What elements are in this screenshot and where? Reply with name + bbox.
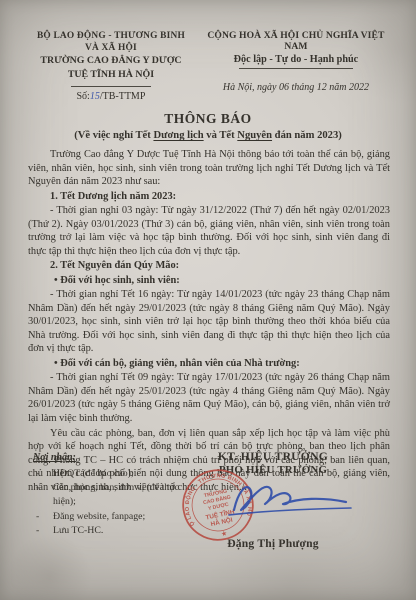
subtitle-part: và Tết xyxy=(204,130,238,141)
body-paragraph: - Thời gian nghỉ 03 ngày: Từ ngày 31/12/… xyxy=(28,204,390,258)
signature-stroke-underline xyxy=(229,508,351,515)
body-paragraph-text: • Đối với cán bộ, giảng viên, nhân viên … xyxy=(54,358,300,369)
handwritten-signature xyxy=(227,477,355,521)
body-paragraph-text: - Thời gian nghỉ Tết 16 ngày: Từ ngày 14… xyxy=(28,289,390,354)
recipient-item: - Lưu TC-HC. xyxy=(33,524,188,538)
document-number: Số:15/TB-TTMP xyxy=(24,91,198,102)
recipient-item: - HĐQT (để báo cáo); xyxy=(33,467,188,481)
body-paragraph-text: Trường Cao đẳng Y Dược Tuệ Tĩnh Hà Nội t… xyxy=(28,149,390,187)
school-name-line1: TRƯỜNG CAO ĐẲNG Y DƯỢC xyxy=(24,55,198,68)
recipient-text: Đăng website, fanpage; xyxy=(53,510,188,524)
body-paragraph: - Thời gian nghỉ Tết 16 ngày: Từ ngày 14… xyxy=(28,288,390,356)
body-paragraph: • Đối với học sinh, sinh viên: xyxy=(28,274,390,288)
body-paragraph: 2. Tết Nguyên đán Qúy Mão: xyxy=(28,259,390,273)
body-paragraph-text: 1. Tết Dương lịch năm 2023: xyxy=(50,191,176,202)
signer-name: Đặng Thị Phượng xyxy=(178,537,368,550)
body-paragraph: - Thời gian nghỉ Tết 09 ngày: Từ ngày 17… xyxy=(28,371,390,425)
issuing-org-block: BỘ LAO ĐỘNG - THƯƠNG BINH VÀ XÃ HỘI TRƯỜ… xyxy=(24,30,198,102)
document-number-handwritten: 15 xyxy=(90,91,100,102)
header-divider-right xyxy=(239,68,353,69)
ministry-name-line2: VÀ XÃ HỘI xyxy=(24,42,198,54)
body-paragraph-text: 2. Tết Nguyên đán Qúy Mão: xyxy=(50,260,179,271)
body-paragraph-text: - Thời gian nghỉ Tết 09 ngày: Từ ngày 17… xyxy=(28,372,390,424)
recipients-block: Nơi nhận: - HĐQT (để báo cáo); - Các phò… xyxy=(33,452,188,538)
subtitle-part: Dương lịch xyxy=(153,130,203,141)
body-paragraph-text: • Đối với học sinh, sinh viên: xyxy=(54,275,180,286)
place-and-date: Hà Nội, ngày 06 tháng 12 năm 2022 xyxy=(198,82,394,93)
recipient-text: Các phòng, ban, đơn vị (để thực hiện); xyxy=(53,481,188,509)
document-number-suffix: /TB-TTMP xyxy=(100,91,146,102)
subtitle-part: đán năm 2023) xyxy=(272,130,342,141)
dash-bullet: - xyxy=(33,510,53,524)
signature-stroke-main xyxy=(234,487,346,510)
header-divider-left xyxy=(71,86,151,87)
recipient-text: Lưu TC-HC. xyxy=(53,524,188,538)
national-motto: Độc lập - Tự do - Hạnh phúc xyxy=(198,54,394,65)
national-motto-block: CỘNG HOÀ XÃ HỘI CHỦ NGHĨA VIỆT NAM Độc l… xyxy=(198,30,394,102)
subtitle-part: Nguyên xyxy=(237,130,272,141)
document-header: BỘ LAO ĐỘNG - THƯƠNG BINH VÀ XÃ HỘI TRƯỜ… xyxy=(0,0,416,102)
dash-bullet: - xyxy=(33,467,53,481)
signer-title-line1: KT. HIỆU TRƯỞNG xyxy=(178,450,368,463)
scanned-document-page: BỘ LAO ĐỘNG - THƯƠNG BINH VÀ XÃ HỘI TRƯỜ… xyxy=(0,0,416,600)
dash-bullet: - xyxy=(33,524,53,538)
recipients-list: - HĐQT (để báo cáo); - Các phòng, ban, đ… xyxy=(33,467,188,538)
recipients-label: Nơi nhận: xyxy=(33,452,188,463)
document-subtitle: (Về việc nghỉ Tết Dương lịch và Tết Nguy… xyxy=(0,130,416,141)
school-name-line2: TUỆ TĨNH HÀ NỘI xyxy=(24,69,198,82)
recipient-item: - Các phòng, ban, đơn vị (để thực hiện); xyxy=(33,481,188,509)
body-paragraph: • Đối với cán bộ, giảng viên, nhân viên … xyxy=(28,357,390,371)
body-paragraph-text: - Thời gian nghỉ 03 ngày: Từ ngày 31/12/… xyxy=(28,205,390,257)
document-body: Trường Cao đẳng Y Dược Tuệ Tĩnh Hà Nội t… xyxy=(0,141,416,494)
document-number-prefix: Số: xyxy=(76,91,89,102)
subtitle-part: (Về việc nghỉ Tết xyxy=(74,130,153,141)
body-paragraph: 1. Tết Dương lịch năm 2023: xyxy=(28,190,390,204)
recipient-item: - Đăng website, fanpage; xyxy=(33,510,188,524)
document-title: THÔNG BÁO xyxy=(0,111,416,127)
recipient-text: HĐQT (để báo cáo); xyxy=(53,467,188,481)
national-title: CỘNG HOÀ XÃ HỘI CHỦ NGHĨA VIỆT NAM xyxy=(198,30,394,52)
body-paragraph: Trường Cao đẳng Y Dược Tuệ Tĩnh Hà Nội t… xyxy=(28,148,390,189)
dash-bullet: - xyxy=(33,481,53,509)
ministry-name-line1: BỘ LAO ĐỘNG - THƯƠNG BINH xyxy=(24,30,198,42)
